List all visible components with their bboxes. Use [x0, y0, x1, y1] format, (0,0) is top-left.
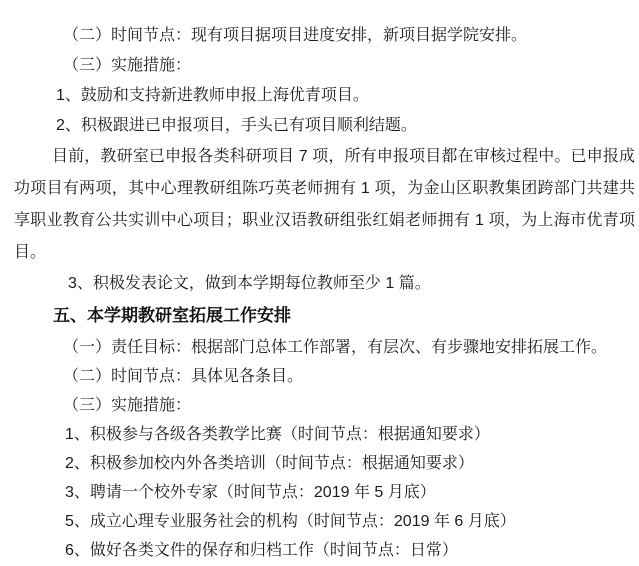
list-item-1: 1、鼓励和支持新进教师申报上海优青项目。 [14, 81, 634, 111]
list-item-3b: 3、聘请一个校外专家（时间节点：2019 年 5 月底） [14, 478, 634, 507]
list-item-paren-2b: （二）时间节点：具体见各条目。 [14, 362, 634, 391]
list-item-6b: 6、做好各类文件的保存和归档工作（时间节点：日常） [14, 536, 634, 565]
list-item-1b: 1、积极参与各级各类教学比赛（时间节点：根据通知要求） [14, 420, 634, 449]
document-page: （二）时间节点：现有项目据项目进度安排，新项目据学院安排。 （三）实施措施： 1… [0, 0, 639, 566]
list-item-3: 3、积极发表论文，做到本学期每位教师至少 1 篇。 [14, 269, 634, 299]
list-item-paren-1b: （一）责任目标：根据部门总体工作部署，有层次、有步骤地安排拓展工作。 [14, 333, 634, 362]
list-item-5b: 5、成立心理专业服务社会的机构（时间节点：2019 年 6 月底） [14, 507, 634, 536]
list-item-paren-2: （二）时间节点：现有项目据项目进度安排，新项目据学院安排。 [14, 21, 634, 51]
list-item-2: 2、积极跟进已申报项目，手头已有项目顺利结题。 [14, 111, 634, 141]
body-paragraph: 目前，教研室已申报各类科研项目 7 项，所有申报项目都在审核过程中。已申报成功项… [14, 141, 635, 269]
section-heading: 五、本学期教研室拓展工作安排 [14, 299, 634, 333]
list-item-paren-3: （三）实施措施： [14, 51, 634, 81]
list-item-2b: 2、积极参加校内外各类培训（时间节点：根据通知要求） [14, 449, 634, 478]
list-item-paren-3b: （三）实施措施： [14, 391, 634, 420]
